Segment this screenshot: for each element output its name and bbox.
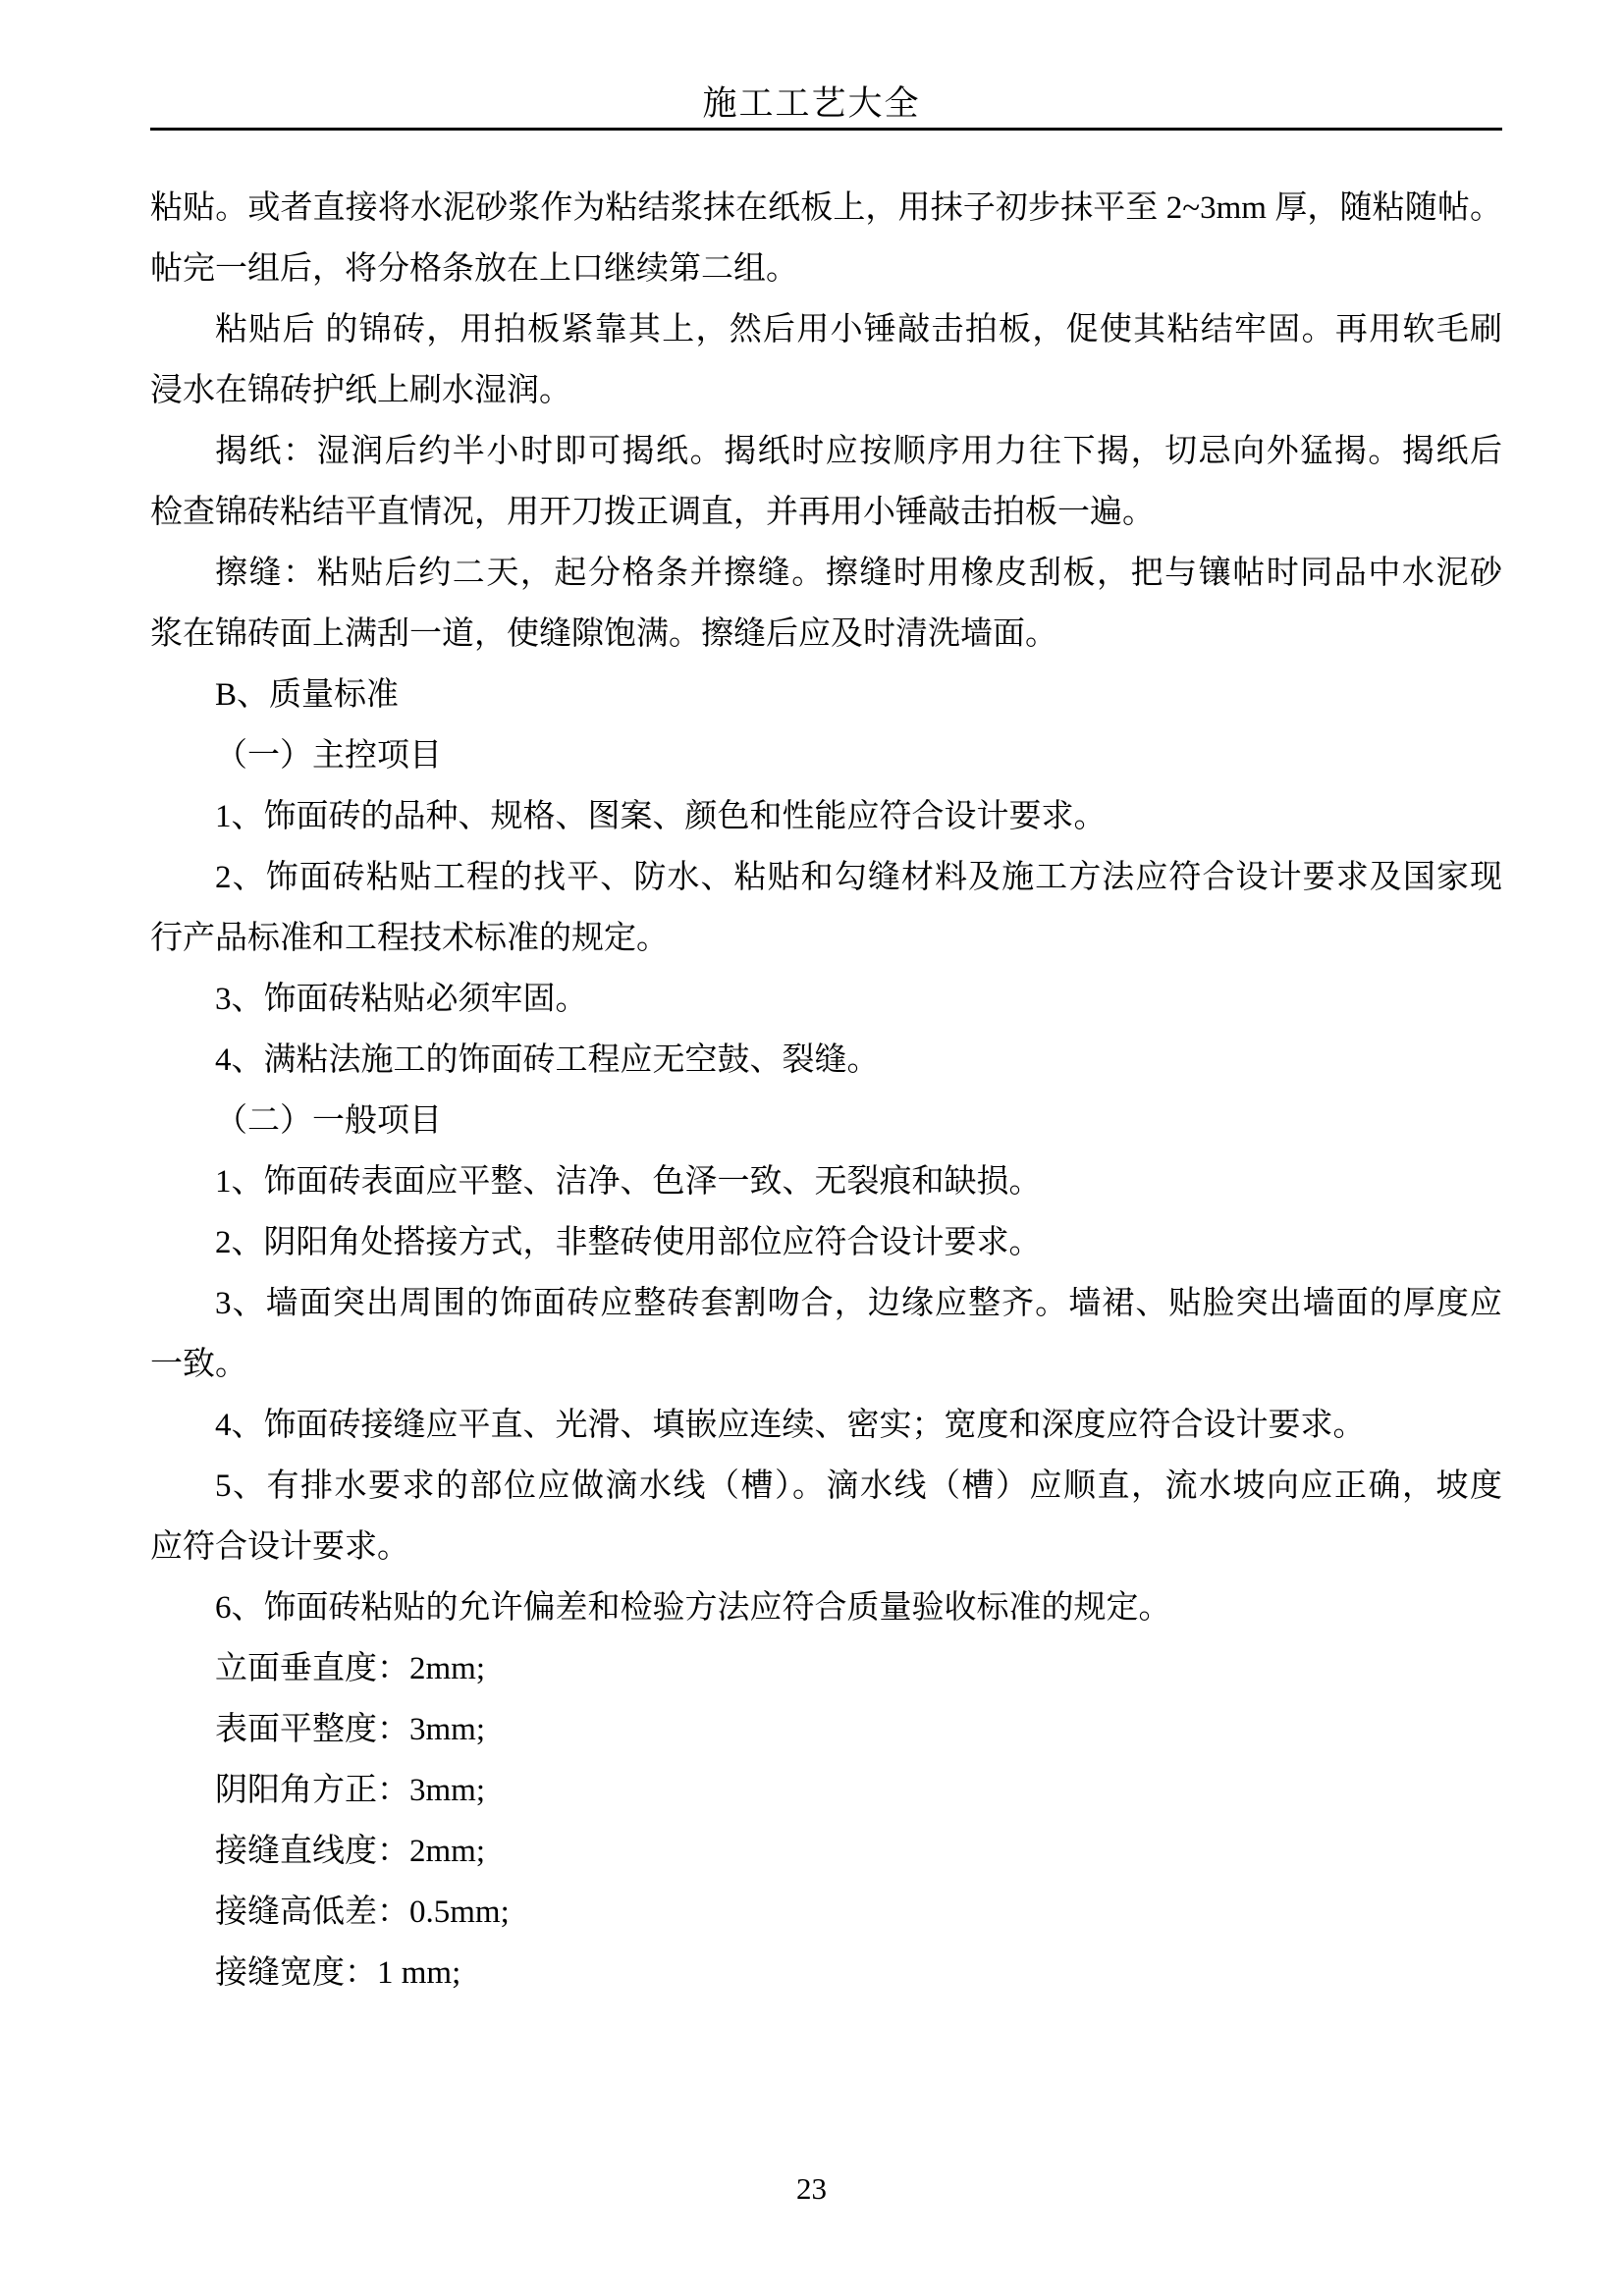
text-line: 2、阴阳角处搭接方式，非整砖使用部位应符合设计要求。: [150, 1212, 1502, 1273]
text-line: 1、饰面砖的品种、规格、图案、颜色和性能应符合设计要求。: [150, 786, 1502, 847]
header-divider: [150, 128, 1502, 131]
text-line: 应符合设计要求。: [150, 1517, 1502, 1577]
text-line: （二）一般项目: [150, 1091, 1502, 1151]
text-line: 粘贴后 的锦砖，用拍板紧靠其上，然后用小锤敲击拍板，促使其粘结牢固。再用软毛刷: [150, 299, 1502, 360]
text-line: B、质量标准: [150, 665, 1502, 725]
text-line: 1、饰面砖表面应平整、洁净、色泽一致、无裂痕和缺损。: [150, 1151, 1502, 1212]
text-line: 2、饰面砖粘贴工程的找平、防水、粘贴和勾缝材料及施工方法应符合设计要求及国家现: [150, 847, 1502, 908]
text-line: 擦缝：粘贴后约二天，起分格条并擦缝。擦缝时用橡皮刮板，把与镶帖时同品中水泥砂: [150, 543, 1502, 604]
text-line: 接缝宽度：1 mm;: [150, 1943, 1502, 2003]
text-line: 一致。: [150, 1334, 1502, 1395]
text-line: 5、有排水要求的部位应做滴水线（槽）。滴水线（槽）应顺直，流水坡向应正确，坡度: [150, 1456, 1502, 1517]
text-line: （一）主控项目: [150, 725, 1502, 786]
text-line: 帖完一组后，将分格条放在上口继续第二组。: [150, 239, 1502, 299]
text-line: 行产品标准和工程技术标准的规定。: [150, 908, 1502, 969]
page-number: 23: [0, 2169, 1623, 2209]
page-header-title: 施工工艺大全: [0, 82, 1623, 126]
text-line: 阴阳角方正：3mm;: [150, 1760, 1502, 1821]
text-line: 4、饰面砖接缝应平直、光滑、填嵌应连续、密实；宽度和深度应符合设计要求。: [150, 1395, 1502, 1456]
text-line: 表面平整度：3mm;: [150, 1699, 1502, 1760]
text-line: 立面垂直度：2mm;: [150, 1638, 1502, 1699]
text-line: 浸水在锦砖护纸上刷水湿润。: [150, 360, 1502, 421]
text-line: 检查锦砖粘结平直情况，用开刀拨正调直，并再用小锤敲击拍板一遍。: [150, 482, 1502, 543]
text-line: 3、饰面砖粘贴必须牢固。: [150, 969, 1502, 1030]
text-line: 6、饰面砖粘贴的允许偏差和检验方法应符合质量验收标准的规定。: [150, 1577, 1502, 1638]
document-page: 施工工艺大全 粘贴。或者直接将水泥砂浆作为粘结浆抹在纸板上，用抹子初步抹平至 2…: [0, 0, 1623, 2296]
text-line: 3、墙面突出周围的饰面砖应整砖套割吻合，边缘应整齐。墙裙、贴脸突出墙面的厚度应: [150, 1273, 1502, 1334]
text-line: 接缝高低差：0.5mm;: [150, 1882, 1502, 1943]
text-line: 接缝直线度：2mm;: [150, 1821, 1502, 1882]
document-body: 粘贴。或者直接将水泥砂浆作为粘结浆抹在纸板上，用抹子初步抹平至 2~3mm 厚，…: [150, 178, 1502, 2003]
text-line: 浆在锦砖面上满刮一道，使缝隙饱满。擦缝后应及时清洗墙面。: [150, 604, 1502, 665]
text-line: 4、满粘法施工的饰面砖工程应无空鼓、裂缝。: [150, 1030, 1502, 1091]
text-line: 揭纸：湿润后约半小时即可揭纸。揭纸时应按顺序用力往下揭，切忌向外猛揭。揭纸后: [150, 421, 1502, 482]
text-line: 粘贴。或者直接将水泥砂浆作为粘结浆抹在纸板上，用抹子初步抹平至 2~3mm 厚，…: [150, 178, 1502, 239]
